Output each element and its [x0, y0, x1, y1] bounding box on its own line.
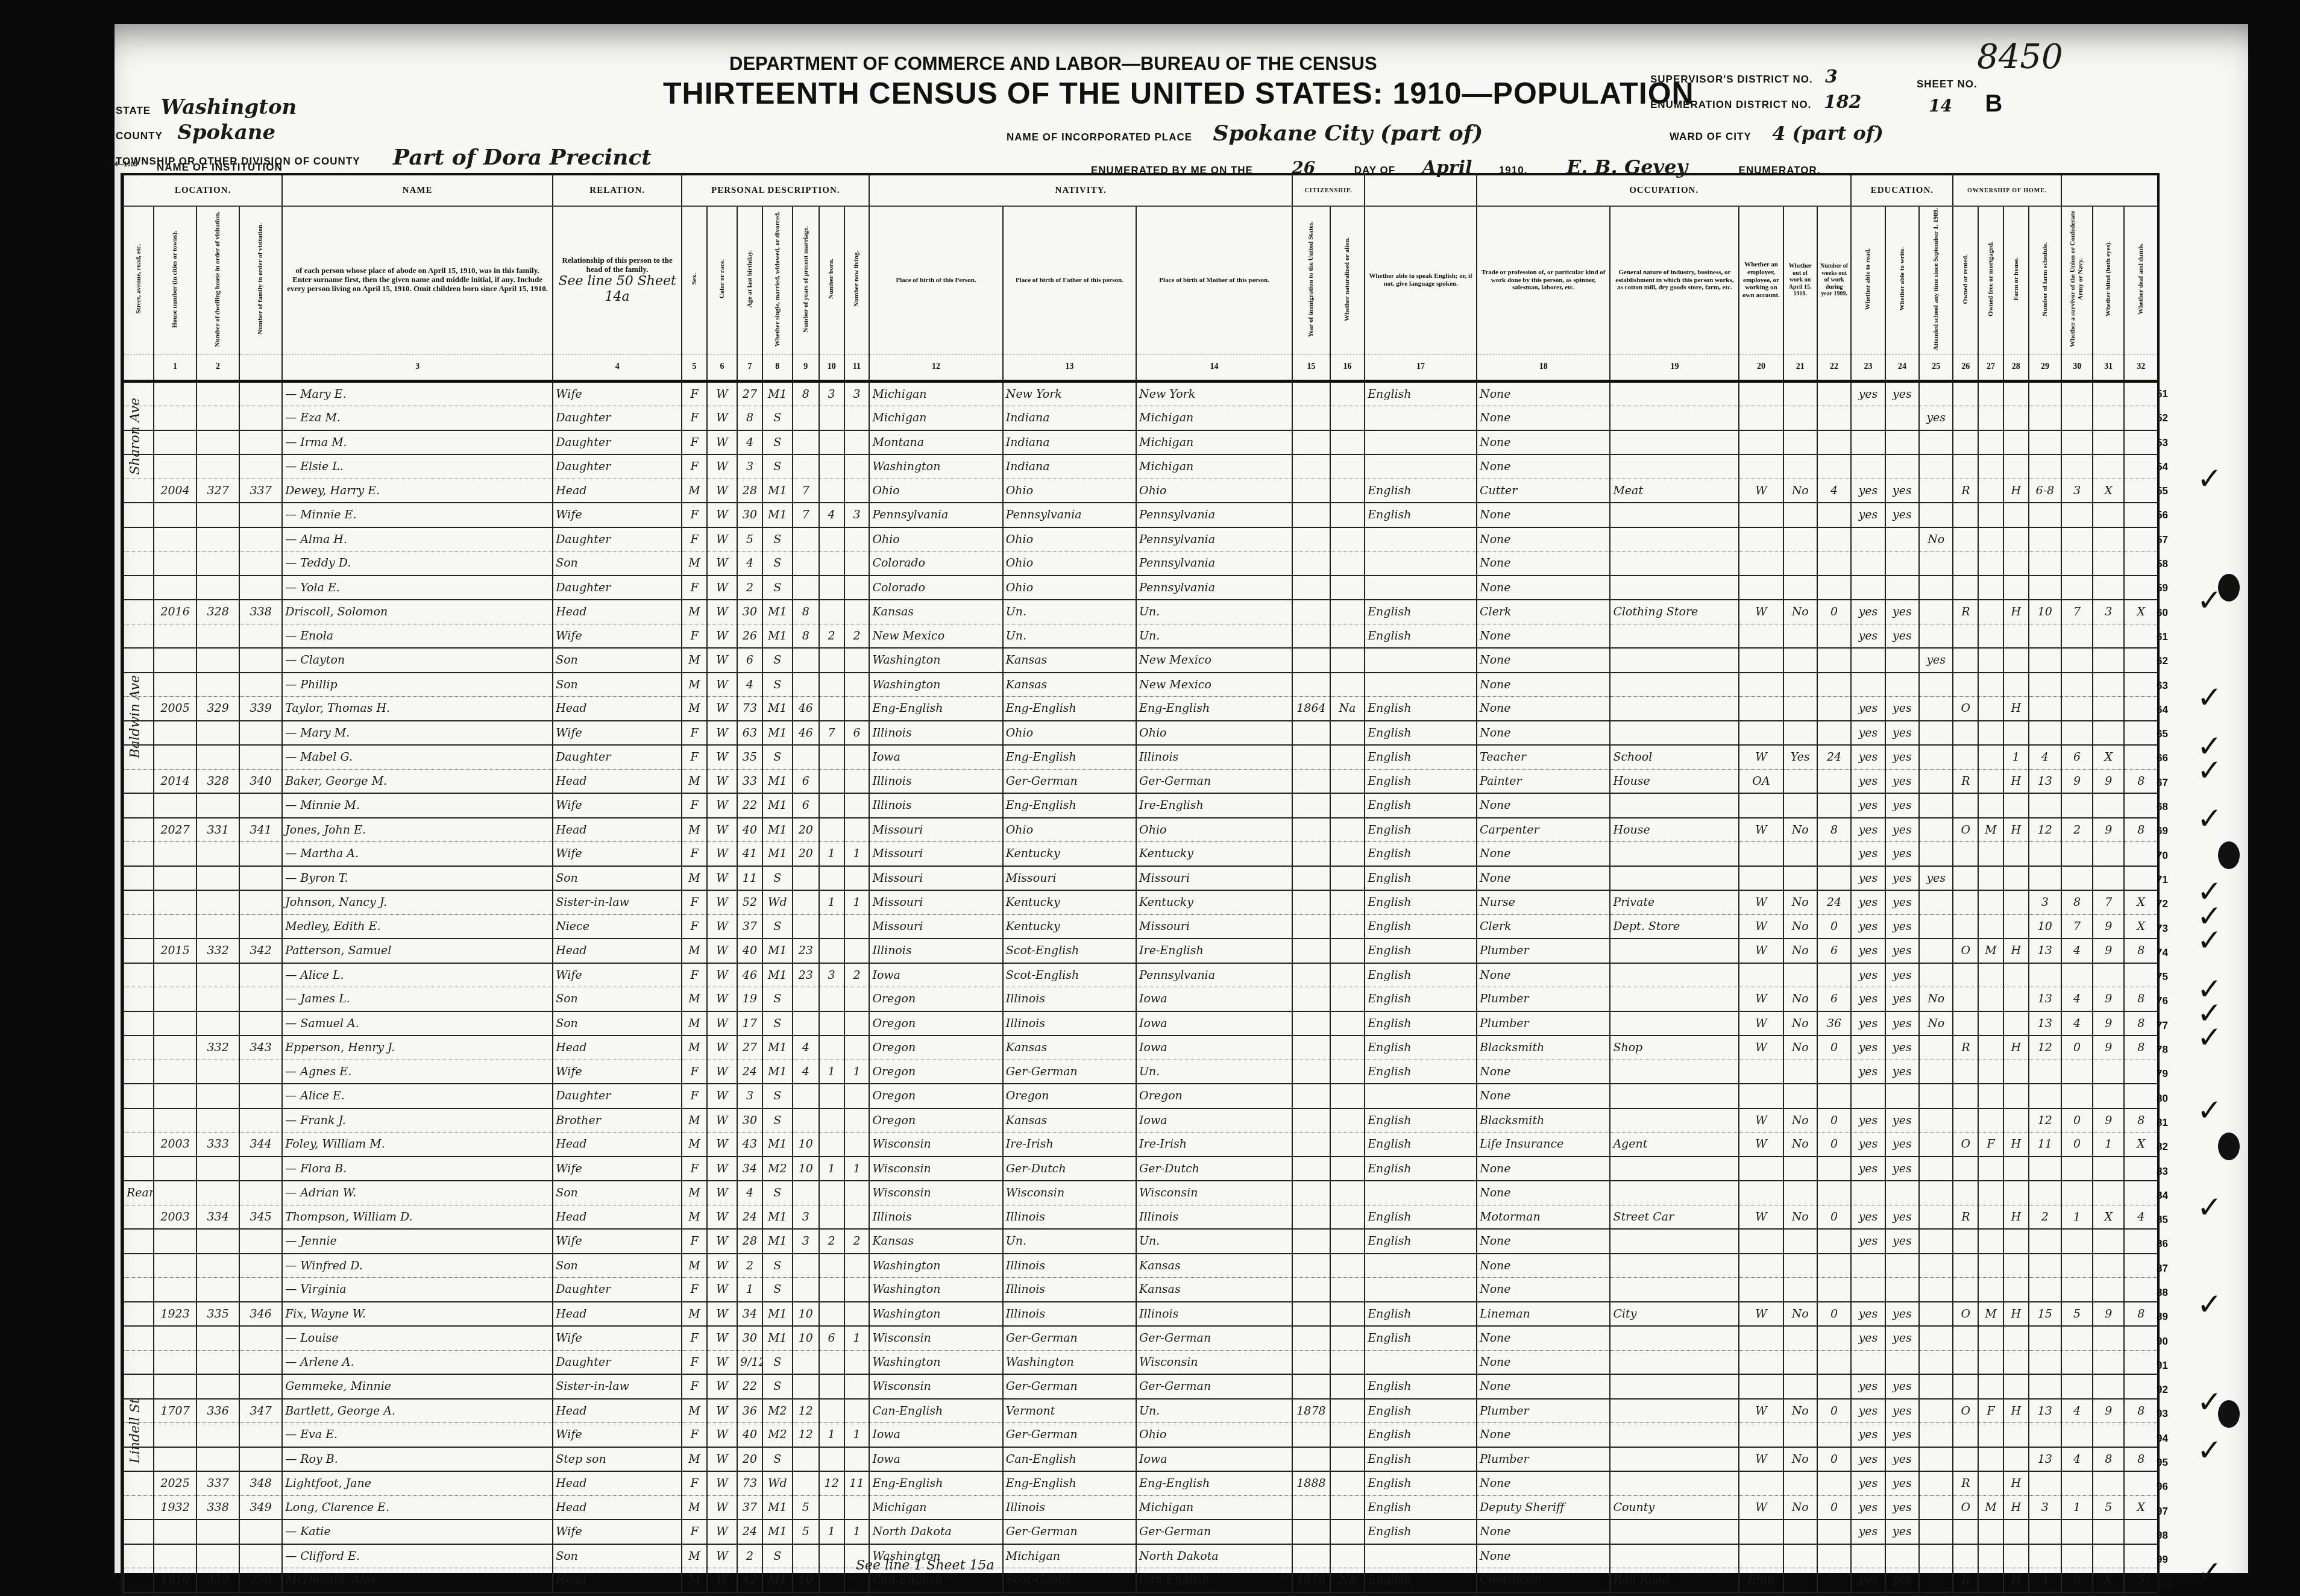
cell-father: Ger-German	[1003, 1374, 1136, 1399]
cell-owned: R	[1953, 1471, 1978, 1495]
street-note: Baldwin Ave	[128, 675, 143, 758]
cell-vet: 5	[2061, 1302, 2093, 1327]
cell-street	[124, 1157, 154, 1181]
line-number: 57	[2157, 528, 2193, 552]
cell-color: W	[707, 793, 737, 818]
cell-write: yes	[1885, 1205, 1919, 1229]
cell-living	[844, 600, 870, 624]
cell-age: 41	[737, 842, 762, 866]
cell-birth: Michigan	[869, 381, 1002, 406]
cell-emp: W	[1739, 1035, 1783, 1060]
cell-street	[124, 818, 154, 842]
column-number: 32	[2124, 354, 2157, 381]
cell-father: Can-English	[1003, 1447, 1136, 1472]
cell-nat	[1330, 673, 1365, 697]
cell-vet	[2061, 963, 2093, 987]
cell-street	[124, 503, 154, 527]
cell-weeks: 6	[1817, 987, 1851, 1011]
cell-weeks	[1817, 1157, 1851, 1181]
cell-blind	[2093, 551, 2124, 576]
cell-free	[1978, 1084, 2003, 1108]
cell-born	[819, 866, 844, 891]
cell-name: — Agnes E.	[282, 1060, 553, 1084]
cell-relation: Head	[553, 769, 682, 793]
cell-color: W	[707, 1035, 737, 1060]
cell-color: W	[707, 1471, 737, 1495]
cell-age: 4	[737, 430, 762, 455]
cell-years	[793, 1471, 819, 1495]
cell-family	[239, 1229, 282, 1254]
cell-free	[1978, 1254, 2003, 1278]
cell-marital: S	[762, 1181, 793, 1205]
cell-street	[124, 1544, 154, 1568]
census-sheet: State Washington County Spokane Township…	[115, 24, 2248, 1573]
cell-imm	[1292, 479, 1330, 503]
cell-dwelling	[196, 963, 239, 987]
column-number: 10	[819, 354, 844, 381]
cell-write: yes	[1885, 1133, 1919, 1157]
cell-living	[844, 769, 870, 793]
cell-dwelling	[196, 624, 239, 648]
cell-deaf: X	[2124, 600, 2157, 624]
cell-mother: Ohio	[1136, 479, 1292, 503]
cell-owned: R	[1953, 769, 1978, 793]
cell-family: 345	[239, 1205, 282, 1229]
column-number-row: 1234567891011121314151617181920212223242…	[124, 354, 2157, 381]
cell-farm	[2003, 406, 2029, 430]
cell-write: yes	[1885, 1302, 1919, 1327]
cell-imm	[1292, 1254, 1330, 1278]
cell-owned	[1953, 914, 1978, 938]
cell-color: W	[707, 551, 737, 576]
cell-owned	[1953, 648, 1978, 673]
cell-house	[154, 914, 196, 938]
cell-birth: Michigan	[869, 406, 1002, 430]
cell-free	[1978, 648, 2003, 673]
county-field: County Spokane	[116, 121, 275, 145]
col-name: of each person whose place of abode on A…	[282, 206, 553, 354]
cell-owned: R	[1953, 479, 1978, 503]
cell-family	[239, 745, 282, 769]
cell-mother: Ger-German	[1136, 1519, 1292, 1544]
cell-relation: Daughter	[553, 454, 682, 479]
cell-farm	[2003, 963, 2029, 987]
cell-nat	[1330, 624, 1365, 648]
cell-relation: Daughter	[553, 406, 682, 430]
cell-living: 1	[844, 1326, 870, 1350]
cell-lang: English	[1365, 1326, 1477, 1350]
cell-school: No	[1919, 527, 1953, 551]
cell-school	[1919, 1278, 1953, 1302]
line-number: 58	[2157, 552, 2193, 576]
cell-sex: F	[682, 406, 707, 430]
cell-sex: M	[682, 1302, 707, 1327]
cell-nat	[1330, 1108, 1365, 1133]
cell-free	[1978, 1229, 2003, 1254]
cell-years: 4	[793, 1035, 819, 1060]
cell-emp	[1739, 503, 1783, 527]
cell-school	[1919, 1084, 1953, 1108]
table-row: — Irma M.DaughterFW4SMontanaIndianaMichi…	[124, 430, 2157, 455]
col-employer: Whether an employer, employee, or workin…	[1739, 206, 1783, 354]
table-row: — Clifford E.SonMW2SWashingtonMichiganNo…	[124, 1544, 2157, 1568]
cell-emp	[1739, 866, 1783, 891]
cell-industry	[1610, 1519, 1739, 1544]
cell-sex: M	[682, 1544, 707, 1568]
cell-family	[239, 866, 282, 891]
cell-age: 27	[737, 381, 762, 406]
check-mark-icon: ✓	[2197, 1433, 2222, 1468]
cell-read	[1851, 648, 1885, 673]
cell-living	[844, 430, 870, 455]
cell-industry	[1610, 987, 1739, 1011]
cell-born: 1	[819, 1060, 844, 1084]
cell-living	[844, 406, 870, 430]
cell-born: 1	[819, 1423, 844, 1447]
cell-weeks: 0	[1817, 1205, 1851, 1229]
cell-deaf: 8	[2124, 818, 2157, 842]
cell-house	[154, 1181, 196, 1205]
cell-born	[819, 1495, 844, 1519]
column-number: 19	[1610, 354, 1739, 381]
cell-deaf	[2124, 697, 2157, 721]
cell-trade: Plumber	[1477, 987, 1610, 1011]
cell-house	[154, 1035, 196, 1060]
cell-farm: H	[2003, 1205, 2029, 1229]
cell-write: yes	[1885, 890, 1919, 914]
cell-imm	[1292, 721, 1330, 746]
cell-sched	[2029, 1181, 2061, 1205]
cell-farm	[2003, 1423, 2029, 1447]
cell-deaf	[2124, 721, 2157, 746]
cell-years: 5	[793, 1495, 819, 1519]
cell-farm: H	[2003, 479, 2029, 503]
cell-marital: S	[762, 1254, 793, 1278]
cell-industry	[1610, 793, 1739, 818]
table-row: 1932338349Long, Clarence E.HeadMW37M15Mi…	[124, 1495, 2157, 1519]
cell-house	[154, 624, 196, 648]
cell-read: yes	[1851, 1060, 1885, 1084]
cell-name: Epperson, Henry J.	[282, 1035, 553, 1060]
cell-street: Rear	[124, 1181, 154, 1205]
cell-father: Ger-German	[1003, 769, 1136, 793]
cell-sched	[2029, 1423, 2061, 1447]
cell-dwelling	[196, 890, 239, 914]
line-number: 78	[2157, 1038, 2193, 1062]
column-number: 30	[2061, 354, 2093, 381]
cell-family	[239, 987, 282, 1011]
cell-write: yes	[1885, 479, 1919, 503]
cell-birth: Kansas	[869, 600, 1002, 624]
cell-out	[1783, 866, 1817, 891]
cell-color: W	[707, 914, 737, 938]
cell-weeks: 6	[1817, 938, 1851, 963]
cell-emp: W	[1739, 479, 1783, 503]
cell-school	[1919, 938, 1953, 963]
cell-nat	[1330, 1278, 1365, 1302]
cell-father: Indiana	[1003, 406, 1136, 430]
cell-lang	[1365, 1544, 1477, 1568]
cell-lang	[1365, 430, 1477, 455]
line-number: 95	[2157, 1451, 2193, 1475]
cell-mother: Un.	[1136, 624, 1292, 648]
cell-lang: English	[1365, 866, 1477, 891]
cell-owned	[1953, 576, 1978, 600]
cell-color: W	[707, 503, 737, 527]
cell-born: 2	[819, 1229, 844, 1254]
cell-lang: English	[1365, 600, 1477, 624]
cell-years	[793, 1374, 819, 1399]
cell-dwelling: 334	[196, 1205, 239, 1229]
line-number: 86	[2157, 1232, 2193, 1256]
cell-write	[1885, 1278, 1919, 1302]
cell-birth: Ohio	[869, 479, 1002, 503]
cell-farm	[2003, 721, 2029, 746]
cell-school	[1919, 1423, 1953, 1447]
cell-trade: None	[1477, 381, 1610, 406]
cell-nat	[1330, 842, 1365, 866]
cell-emp	[1739, 1254, 1783, 1278]
cell-birth: Iowa	[869, 1423, 1002, 1447]
cell-father: New York	[1003, 381, 1136, 406]
cell-trade: Lineman	[1477, 1302, 1610, 1327]
cell-read: yes	[1851, 842, 1885, 866]
cell-trade: None	[1477, 793, 1610, 818]
cell-dwelling: 332	[196, 938, 239, 963]
cell-living	[844, 673, 870, 697]
cell-family	[239, 576, 282, 600]
cell-mother: Iowa	[1136, 1447, 1292, 1472]
cell-write	[1885, 454, 1919, 479]
cell-birth: Colorado	[869, 576, 1002, 600]
cell-sex: M	[682, 1205, 707, 1229]
cell-color: W	[707, 1544, 737, 1568]
cell-weeks	[1817, 697, 1851, 721]
cell-free: M	[1978, 1495, 2003, 1519]
cell-free	[1978, 406, 2003, 430]
cell-owned	[1953, 842, 1978, 866]
cell-lang: English	[1365, 793, 1477, 818]
cell-industry	[1610, 866, 1739, 891]
cell-imm	[1292, 624, 1330, 648]
cell-family	[239, 1084, 282, 1108]
cell-relation: Sister-in-law	[553, 890, 682, 914]
cell-living	[844, 1205, 870, 1229]
cell-farm	[2003, 793, 2029, 818]
punch-hole-icon	[2218, 1400, 2240, 1428]
cell-industry	[1610, 430, 1739, 455]
cell-owned	[1953, 1157, 1978, 1181]
cell-farm: H	[2003, 1302, 2029, 1327]
cell-free	[1978, 1157, 2003, 1181]
cell-blind	[2093, 576, 2124, 600]
cell-mother: Ohio	[1136, 818, 1292, 842]
cell-sex: F	[682, 1350, 707, 1374]
cell-trade: Carpenter	[1477, 818, 1610, 842]
cell-age: 3	[737, 1084, 762, 1108]
cell-school	[1919, 551, 1953, 576]
cell-out	[1783, 1374, 1817, 1399]
table-row: 2004327337Dewey, Harry E.HeadMW28M17Ohio…	[124, 479, 2157, 503]
cell-blind	[2093, 1229, 2124, 1254]
col-farm: Farm or house.	[2003, 206, 2029, 354]
cell-industry	[1610, 1423, 1739, 1447]
cell-owned: O	[1953, 1302, 1978, 1327]
cell-relation: Wife	[553, 1060, 682, 1084]
cell-sched: 4	[2029, 745, 2061, 769]
cell-mother: Ohio	[1136, 1423, 1292, 1447]
cell-house	[154, 987, 196, 1011]
cell-free	[1978, 963, 2003, 987]
cell-living	[844, 479, 870, 503]
col-immigration: Year of immigration to the United States…	[1292, 206, 1330, 354]
cell-name: — Alma H.	[282, 527, 553, 551]
cell-trade: None	[1477, 430, 1610, 455]
cell-color: W	[707, 1133, 737, 1157]
cell-street	[124, 1060, 154, 1084]
cell-lang: English	[1365, 721, 1477, 746]
cell-industry	[1610, 1326, 1739, 1350]
cell-farm: H	[2003, 1133, 2029, 1157]
cell-mother: Kentucky	[1136, 890, 1292, 914]
cell-blind: 9	[2093, 769, 2124, 793]
cell-write	[1885, 551, 1919, 576]
cell-trade: Nurse	[1477, 890, 1610, 914]
cell-relation: Head	[553, 1133, 682, 1157]
column-number: 27	[1978, 354, 2003, 381]
column-number: 9	[793, 354, 819, 381]
cell-weeks	[1817, 1423, 1851, 1447]
cell-out: No	[1783, 1205, 1817, 1229]
cell-born: 6	[819, 1326, 844, 1350]
cell-marital: M1	[762, 479, 793, 503]
cell-mother: Kansas	[1136, 1278, 1292, 1302]
cell-birth: Washington	[869, 1302, 1002, 1327]
cell-deaf	[2124, 1374, 2157, 1399]
cell-living: 1	[844, 1060, 870, 1084]
cell-sex: M	[682, 987, 707, 1011]
cell-father: Eng-English	[1003, 793, 1136, 818]
cell-farm: H	[2003, 818, 2029, 842]
cell-dwelling: 329	[196, 697, 239, 721]
cell-trade: Painter	[1477, 769, 1610, 793]
cell-family: 343	[239, 1035, 282, 1060]
cell-deaf	[2124, 866, 2157, 891]
cell-family	[239, 1181, 282, 1205]
column-number: 1	[154, 354, 196, 381]
cell-street	[124, 1302, 154, 1327]
column-number: 4	[553, 354, 682, 381]
cell-sched: 11	[2029, 1133, 2061, 1157]
cell-school: No	[1919, 1011, 1953, 1036]
line-number: 93	[2157, 1402, 2193, 1426]
cell-read: yes	[1851, 987, 1885, 1011]
cell-house	[154, 1374, 196, 1399]
cell-free	[1978, 1205, 2003, 1229]
cell-sched	[2029, 866, 2061, 891]
cell-school	[1919, 818, 1953, 842]
column-number: 8	[762, 354, 793, 381]
cell-marital: M1	[762, 600, 793, 624]
cell-vet	[2061, 697, 2093, 721]
cell-weeks	[1817, 1544, 1851, 1568]
table-row: — Mary M.WifeFW63M14676IllinoisOhioOhioE…	[124, 721, 2157, 746]
cell-farm: H	[2003, 938, 2029, 963]
cell-born: 3	[819, 963, 844, 987]
line-number: 88	[2157, 1281, 2193, 1305]
cell-industry	[1610, 1108, 1739, 1133]
cell-marital: M1	[762, 963, 793, 987]
cell-living: 1	[844, 890, 870, 914]
cell-sex: M	[682, 1399, 707, 1423]
cell-weeks	[1817, 1471, 1851, 1495]
cell-name: Long, Clarence E.	[282, 1495, 553, 1519]
cell-weeks: 0	[1817, 1035, 1851, 1060]
cell-vet: 3	[2061, 479, 2093, 503]
cell-write: yes	[1885, 1060, 1919, 1084]
cell-imm	[1292, 745, 1330, 769]
cell-house	[154, 454, 196, 479]
cell-write	[1885, 406, 1919, 430]
cell-color: W	[707, 1108, 737, 1133]
cell-vet	[2061, 1374, 2093, 1399]
cell-family	[239, 1157, 282, 1181]
cell-weeks: 0	[1817, 600, 1851, 624]
cell-name: — Mary M.	[282, 721, 553, 746]
cell-family: 344	[239, 1133, 282, 1157]
cell-age: 2	[737, 576, 762, 600]
column-number: 13	[1003, 354, 1136, 381]
cell-nat	[1330, 1471, 1365, 1495]
cell-write: yes	[1885, 1035, 1919, 1060]
group-nativity: NATIVITY.	[869, 175, 1292, 206]
cell-house	[154, 551, 196, 576]
cell-street	[124, 793, 154, 818]
cell-family	[239, 406, 282, 430]
cell-age: 3	[737, 454, 762, 479]
cell-years	[793, 1544, 819, 1568]
cell-imm	[1292, 866, 1330, 891]
cell-deaf	[2124, 479, 2157, 503]
cell-blind	[2093, 624, 2124, 648]
cell-imm: 1888	[1292, 1471, 1330, 1495]
cell-name: — Alice E.	[282, 1084, 553, 1108]
cell-write: yes	[1885, 1568, 1919, 1592]
cell-blind	[2093, 1060, 2124, 1084]
cell-deaf	[2124, 1544, 2157, 1568]
cell-emp	[1739, 1374, 1783, 1399]
cell-industry	[1610, 1278, 1739, 1302]
cell-blind	[2093, 697, 2124, 721]
cell-street	[124, 963, 154, 987]
cell-age: 27	[737, 1035, 762, 1060]
check-mark-icon: ✓	[2197, 1093, 2222, 1128]
cell-age: 22	[737, 1374, 762, 1399]
cell-dwelling	[196, 1181, 239, 1205]
cell-born: 1	[819, 890, 844, 914]
cell-free	[1978, 551, 2003, 576]
cell-owned: O	[1953, 938, 1978, 963]
cell-lang: English	[1365, 1229, 1477, 1254]
cell-street	[124, 1084, 154, 1108]
county-value: Spokane	[177, 121, 275, 145]
cell-industry	[1610, 1011, 1739, 1036]
cell-father: Kansas	[1003, 673, 1136, 697]
cell-deaf: 8	[2124, 987, 2157, 1011]
cell-trade: None	[1477, 551, 1610, 576]
group-name: NAME	[282, 175, 553, 206]
cell-mother: Michigan	[1136, 454, 1292, 479]
